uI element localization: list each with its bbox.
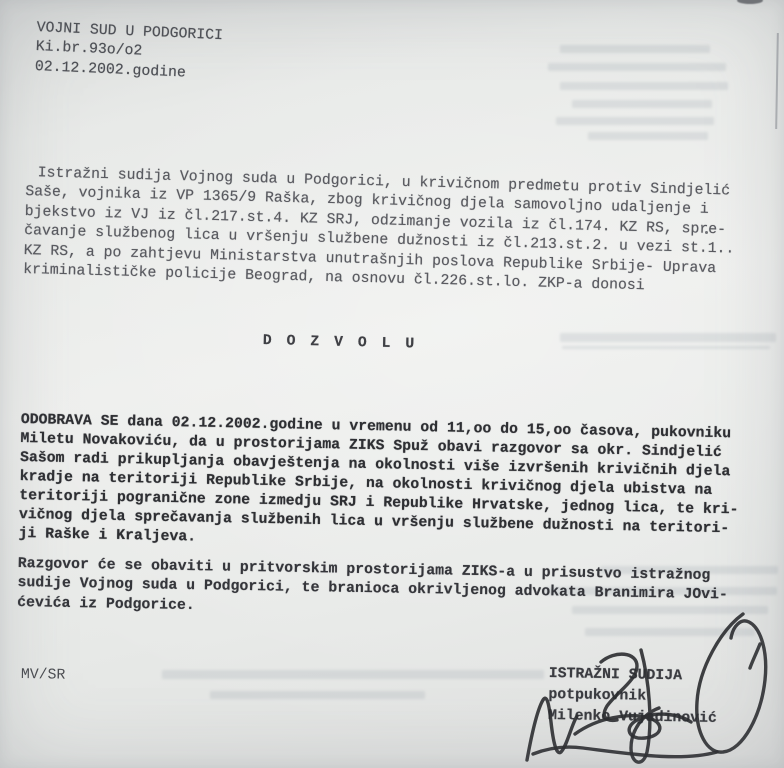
bleed-through-ghost-line bbox=[560, 82, 728, 90]
bleed-through-ghost-line bbox=[560, 333, 776, 342]
handwritten-signature bbox=[521, 604, 784, 768]
scanned-document-photo: VOJNI SUD U PODGORICI Ki.br.93o/o2 02.12… bbox=[0, 0, 784, 768]
typist-initials: MV/SR bbox=[21, 666, 66, 686]
document-title: D O Z V O L U bbox=[263, 332, 418, 355]
signature-stroke bbox=[631, 650, 659, 762]
signature-stroke bbox=[697, 614, 766, 752]
signature-stroke bbox=[601, 654, 637, 720]
bleed-through-ghost-line bbox=[572, 100, 712, 108]
paper-crease-line bbox=[775, 33, 779, 129]
bleed-through-ghost-line bbox=[562, 346, 770, 349]
ink-smudge bbox=[737, 0, 763, 4]
signature-stroke bbox=[527, 698, 577, 760]
bleed-through-ghost-line bbox=[560, 45, 710, 53]
bleed-through-ghost-line bbox=[162, 670, 544, 679]
intro-paragraph: Istražni sudija Vojnog suda u Podgorici,… bbox=[23, 164, 736, 299]
bleed-through-ghost-line bbox=[588, 132, 708, 140]
court-header: VOJNI SUD U PODGORICI Ki.br.93o/o2 02.12… bbox=[34, 19, 223, 85]
signature-stroke bbox=[750, 644, 760, 668]
bleed-through-ghost-line bbox=[556, 117, 714, 125]
bleed-through-ghost-line bbox=[548, 63, 726, 71]
approval-paragraph: ODOBRAVA SE dana 02.12.2002.godine u vre… bbox=[18, 411, 740, 558]
bleed-through-ghost-line bbox=[210, 691, 425, 699]
